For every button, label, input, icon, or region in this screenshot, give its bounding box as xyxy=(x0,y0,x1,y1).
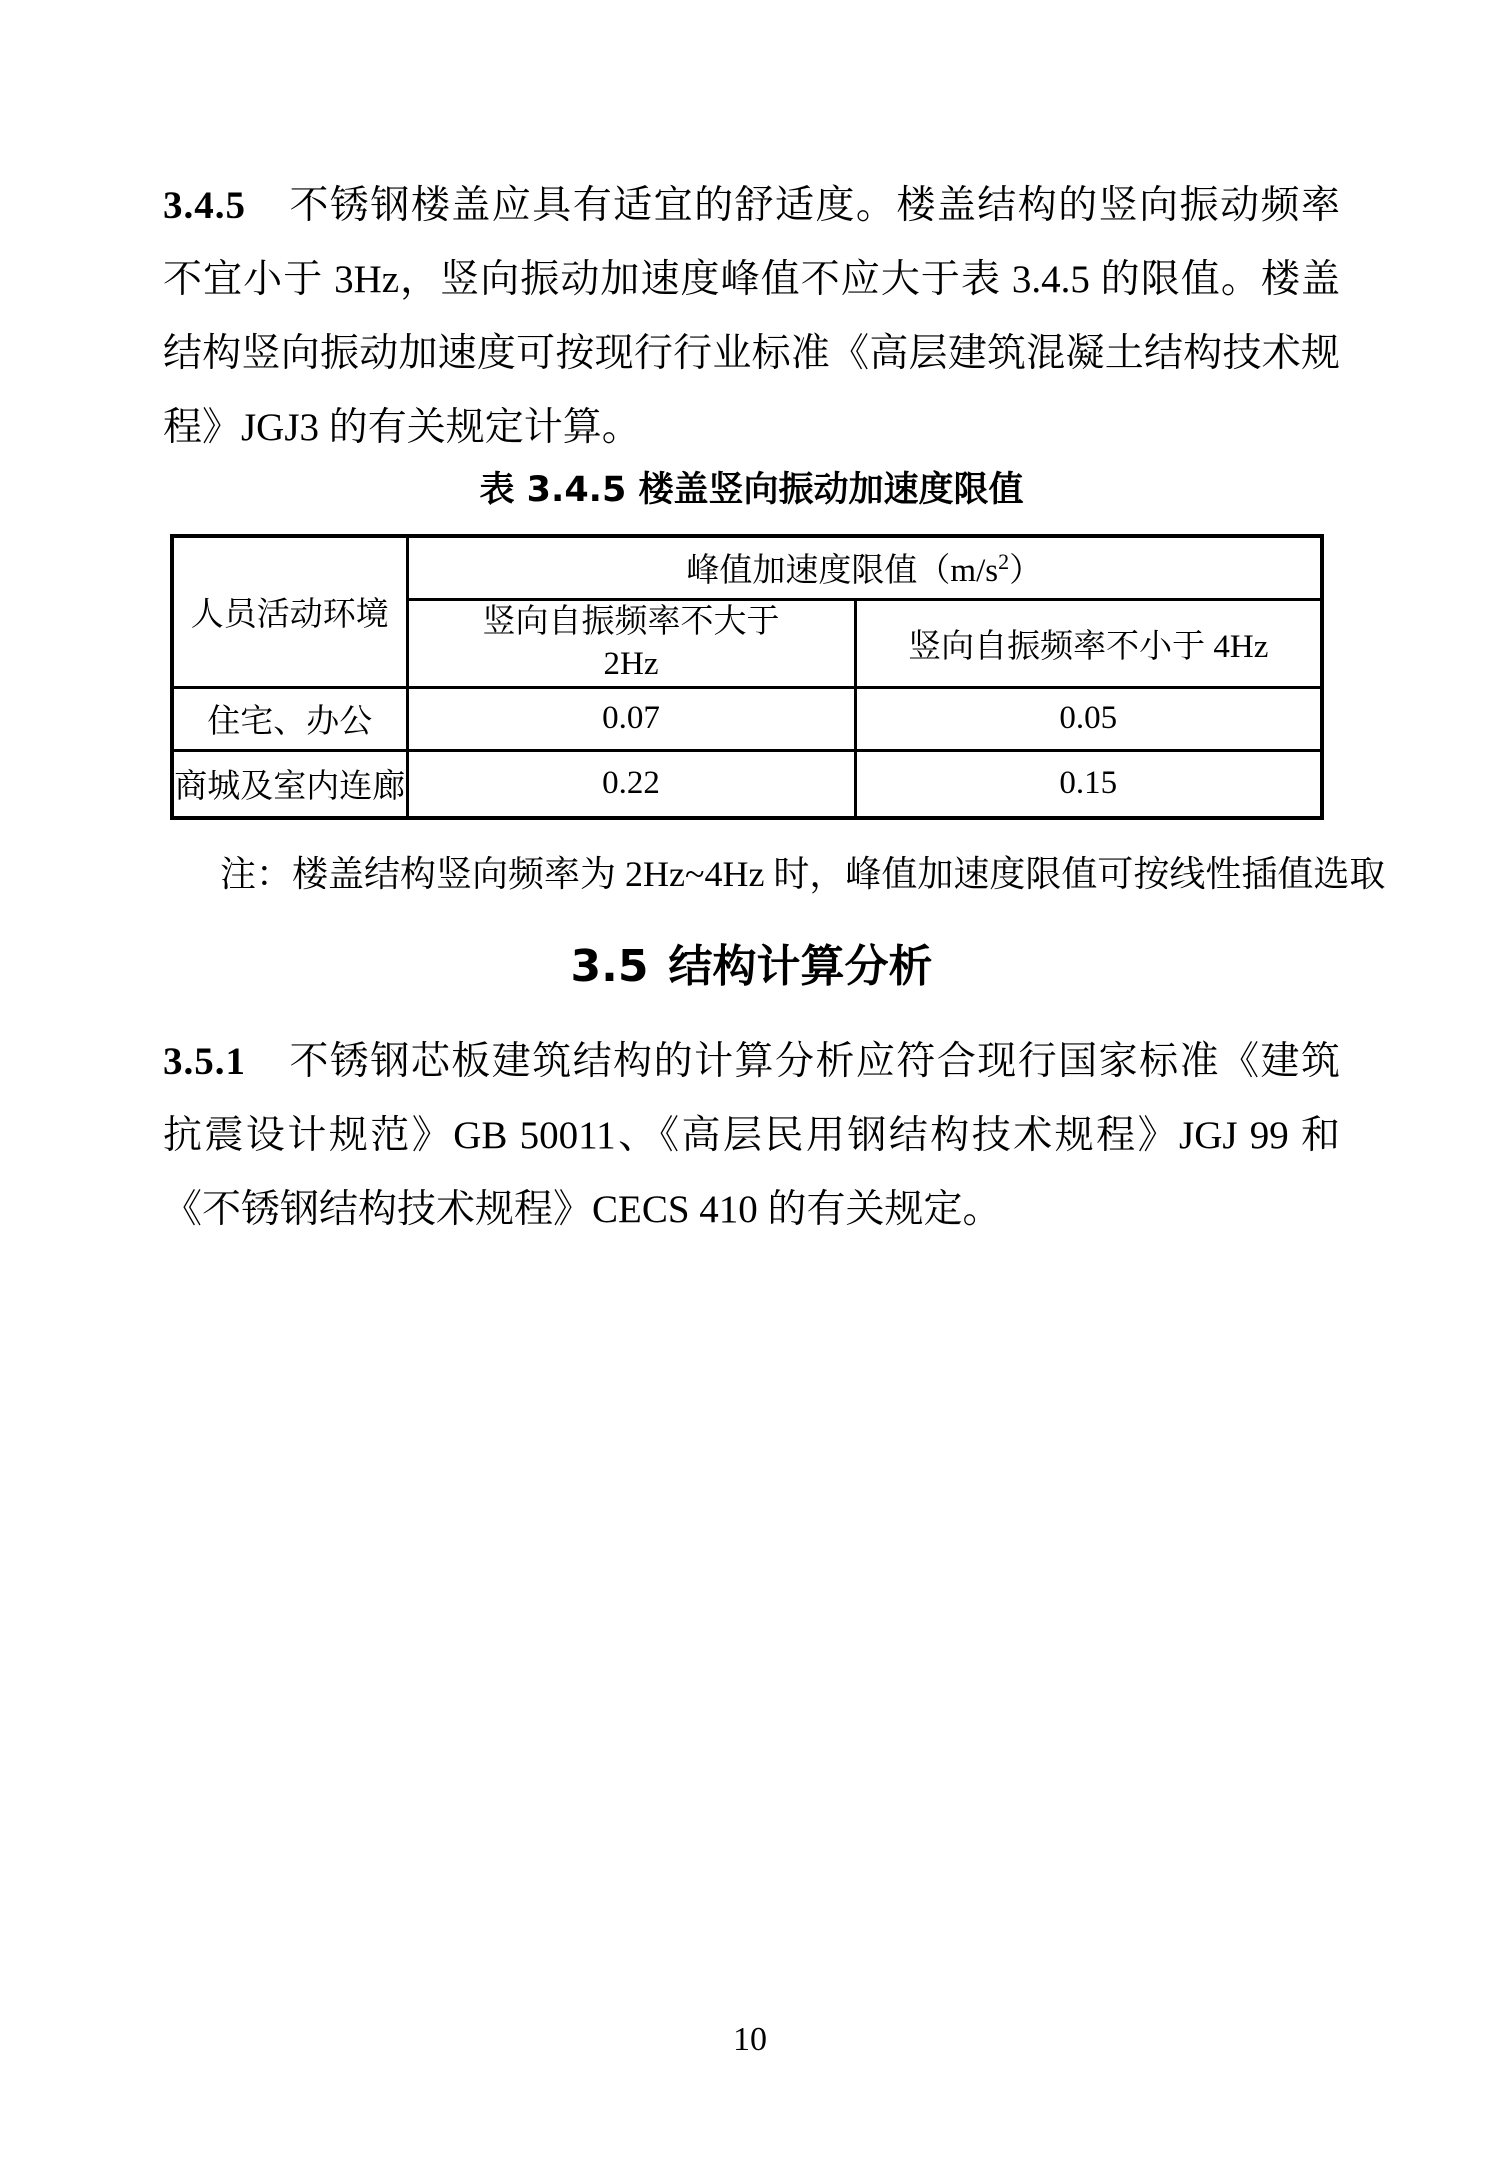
page-content: 3.4.5不锈钢楼盖应具有适宜的舒适度。楼盖结构的竖向振动频率不宜小于 3Hz，… xyxy=(163,0,1340,1247)
clause-3-4-5-number: 3.4.5 xyxy=(163,184,246,227)
env-label: 住宅、办公 xyxy=(172,687,407,750)
table-note: 注：楼盖结构竖向频率为 2Hz~4Hz 时，峰值加速度限值可按线性插值选取 xyxy=(220,850,1340,898)
peak-limit-text: 峰值加速度限值（m/s xyxy=(686,553,998,589)
header-freq-not-less-4hz: 竖向自振频率不小于 4Hz xyxy=(855,599,1322,687)
value-le-2hz: 0.07 xyxy=(407,687,855,750)
value-le-2hz: 0.22 xyxy=(407,750,855,818)
table-row-mall-corridor: 商城及室内连廊 0.22 0.15 xyxy=(172,750,1322,818)
env-label: 商城及室内连廊 xyxy=(172,750,407,818)
value-ge-4hz: 0.05 xyxy=(855,687,1322,750)
table-header-row-1: 人员活动环境 峰值加速度限值（m/s2） xyxy=(172,536,1322,599)
section-3-5-number: 3.5 xyxy=(571,941,649,992)
header-freq-le-line1: 竖向自振频率不大于 xyxy=(409,601,854,643)
clause-3-4-5-text: 不锈钢楼盖应具有适宜的舒适度。楼盖结构的竖向振动频率不宜小于 3Hz，竖向振动加… xyxy=(163,184,1340,449)
clause-3-5-1: 3.5.1不锈钢芯板建筑结构的计算分析应符合现行国家标准《建筑抗震设计规范》GB… xyxy=(163,1025,1340,1247)
header-freq-le-line2: 2Hz xyxy=(409,643,854,685)
section-3-5-title: 结构计算分析 xyxy=(668,941,932,992)
acceleration-limits-table: 人员活动环境 峰值加速度限值（m/s2） 竖向自振频率不大于 2Hz 竖向自振频… xyxy=(170,534,1324,820)
clause-3-5-1-number: 3.5.1 xyxy=(163,1040,246,1083)
document-page: 3.4.5不锈钢楼盖应具有适宜的舒适度。楼盖结构的竖向振动频率不宜小于 3Hz，… xyxy=(0,0,1500,2175)
page-number: 10 xyxy=(0,2018,1500,2062)
header-activity-environment: 人员活动环境 xyxy=(172,536,407,687)
peak-limit-superscript: 2 xyxy=(998,549,1009,574)
clause-3-5-1-text: 不锈钢芯板建筑结构的计算分析应符合现行国家标准《建筑抗震设计规范》GB 5001… xyxy=(163,1040,1340,1231)
table-caption: 表 3.4.5 楼盖竖向振动加速度限值 xyxy=(163,468,1340,512)
header-peak-acceleration-limit: 峰值加速度限值（m/s2） xyxy=(407,536,1322,599)
table-row-residential-office: 住宅、办公 0.07 0.05 xyxy=(172,687,1322,750)
value-ge-4hz: 0.15 xyxy=(855,750,1322,818)
peak-limit-close: ） xyxy=(1009,553,1042,589)
clause-3-4-5: 3.4.5不锈钢楼盖应具有适宜的舒适度。楼盖结构的竖向振动频率不宜小于 3Hz，… xyxy=(163,169,1340,465)
section-3-5-heading: 3.5结构计算分析 xyxy=(163,938,1340,996)
header-freq-not-greater-2hz: 竖向自振频率不大于 2Hz xyxy=(407,599,855,687)
